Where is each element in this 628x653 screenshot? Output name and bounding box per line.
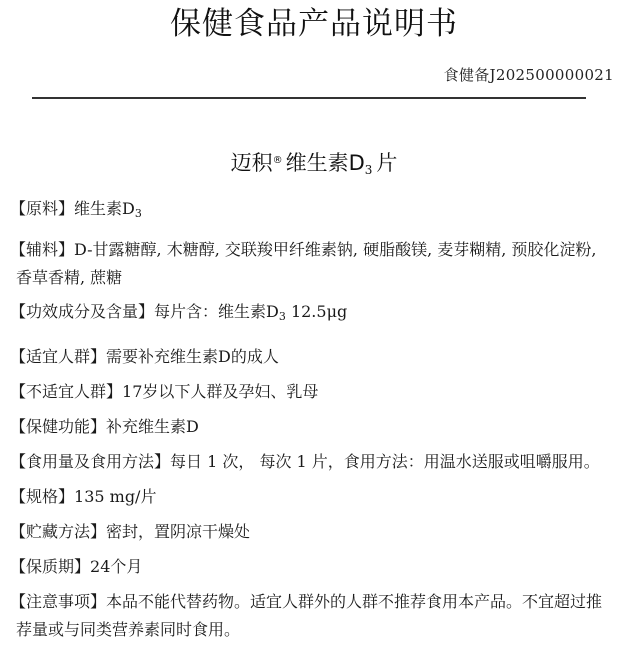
field-value: 17岁以下人群及孕妇、乳母 [122, 382, 318, 401]
header-divider [32, 97, 586, 99]
field-label: 【食用量及食用方法】 [10, 452, 170, 471]
field-unsuitable-population: 【不适宜人群】17岁以下人群及孕妇、乳母 [10, 378, 610, 406]
field-value: 密封，置阴凉干燥处 [106, 522, 250, 541]
field-excipients: 【辅料】D-甘露糖醇, 木糖醇, 交联羧甲纤维素钠, 硬脂酸镁, 麦芽糊精, 预… [10, 236, 610, 292]
field-storage: 【贮藏方法】密封，置阴凉干燥处 [10, 518, 610, 546]
field-value: 每片含：维生素D [154, 302, 279, 321]
product-name-suffix: 片 [376, 151, 397, 175]
product-brand: 迈积 [231, 151, 273, 175]
product-name-subscript: 3 [365, 163, 373, 177]
field-shelf-life: 【保质期】24个月 [10, 553, 610, 581]
field-label: 【保质期】 [10, 557, 90, 576]
field-suitable-population: 【适宜人群】需要补充维生素D的成人 [10, 343, 610, 371]
field-label: 【注意事项】 [10, 592, 106, 611]
field-label: 【不适宜人群】 [10, 382, 122, 401]
field-label: 【适宜人群】 [10, 347, 106, 366]
field-specification: 【规格】135 mg/片 [10, 483, 610, 511]
field-value-after: 12.5μg [286, 302, 347, 321]
field-label: 【贮藏方法】 [10, 522, 106, 541]
trademark-symbol: ® [273, 155, 283, 166]
field-label: 【保健功能】 [10, 417, 106, 436]
field-label: 【功效成分及含量】 [10, 302, 154, 321]
field-label: 【辅料】 [10, 240, 74, 259]
field-raw-materials: 【原料】维生素D3 [10, 195, 610, 228]
field-value: D-甘露糖醇, 木糖醇, 交联羧甲纤维素钠, 硬脂酸镁, 麦芽糊精, 预胶化淀粉… [16, 240, 597, 287]
product-name: 迈积®维生素D3片 [0, 148, 628, 185]
field-value: 需要补充维生素D的成人 [106, 347, 279, 366]
spec-fields: 【原料】维生素D3 【辅料】D-甘露糖醇, 木糖醇, 交联羧甲纤维素钠, 硬脂酸… [10, 195, 610, 651]
field-value-subscript: 3 [279, 310, 286, 323]
product-name-prefix: 维生素D [286, 151, 365, 175]
field-value-subscript: 3 [135, 207, 142, 220]
registration-number: 食健备J202500000021 [444, 65, 614, 85]
field-value: 135 mg/片 [74, 487, 156, 506]
field-label: 【规格】 [10, 487, 74, 506]
field-value: 维生素D [74, 199, 135, 218]
field-label: 【原料】 [10, 199, 74, 218]
field-precautions: 【注意事项】本品不能代替药物。适宜人群外的人群不推荐食用本产品。不宜超过推荐量或… [10, 588, 610, 644]
field-value: 每日 1 次， 每次 1 片，食用方法：用温水送服或咀嚼服用。 [170, 452, 600, 471]
field-value: 24个月 [90, 557, 142, 576]
field-health-function: 【保健功能】补充维生素D [10, 413, 610, 441]
field-dosage-and-usage: 【食用量及食用方法】每日 1 次， 每次 1 片，食用方法：用温水送服或咀嚼服用… [10, 448, 610, 476]
field-value: 补充维生素D [106, 417, 199, 436]
field-functional-ingredients: 【功效成分及含量】每片含：维生素D3 12.5μg [10, 298, 610, 331]
document-title: 保健食品产品说明书 [0, 2, 628, 46]
